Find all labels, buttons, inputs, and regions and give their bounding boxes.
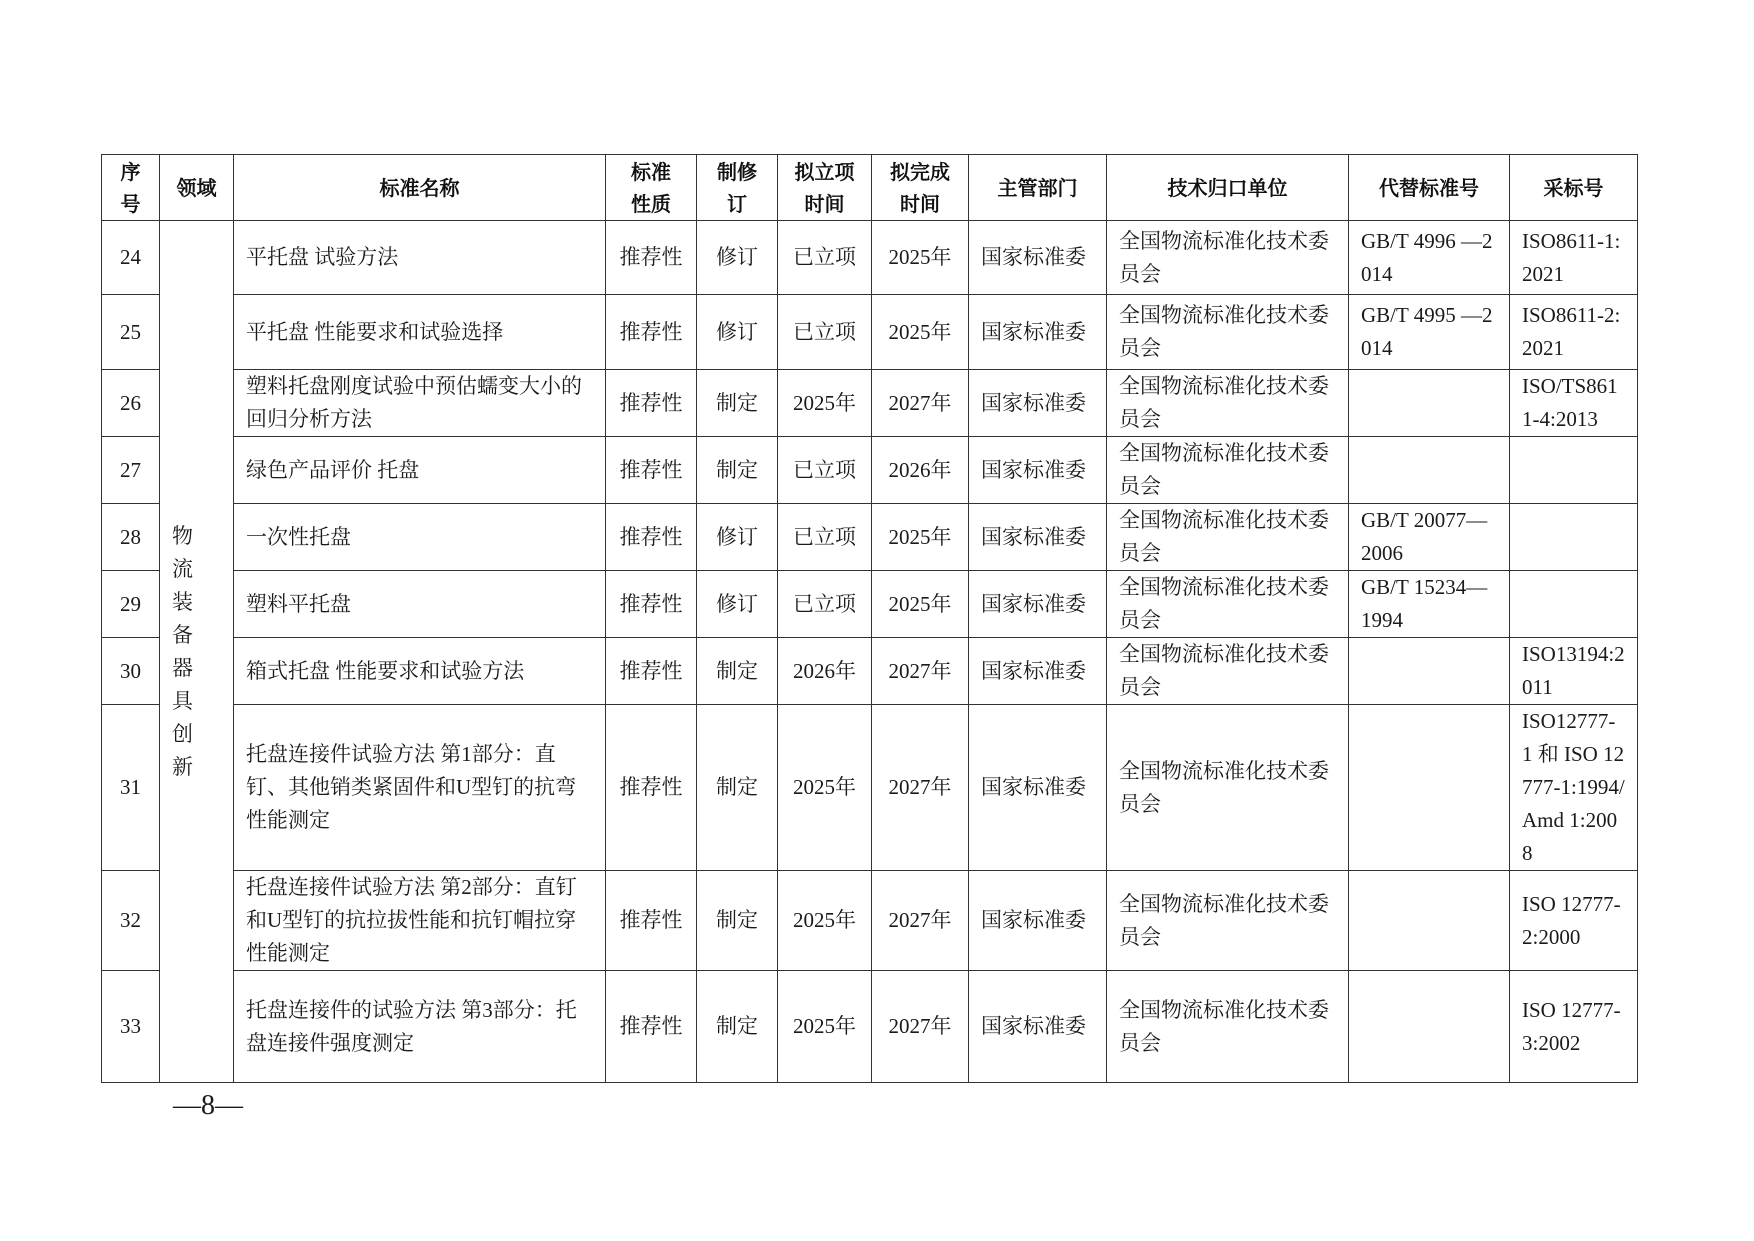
adopted-standard: ISO 12777-3:2002 [1510, 971, 1638, 1083]
replaced-standard [1349, 437, 1510, 504]
finish-time: 2027年 [872, 638, 969, 705]
standard-name: 箱式托盘 性能要求和试验方法 [234, 638, 606, 705]
revision-type: 制定 [697, 370, 778, 437]
adopted-standard: ISO8611-1:2021 [1510, 221, 1638, 295]
table-row: 30箱式托盘 性能要求和试验方法推荐性制定2026年2027年国家标准委全国物流… [102, 638, 1638, 705]
technical-unit: 全国物流标准化技术委员会 [1107, 504, 1349, 571]
start-time: 2026年 [778, 638, 872, 705]
standard-name: 平托盘 性能要求和试验选择 [234, 295, 606, 370]
adopted-standard: ISO 12777-2:2000 [1510, 871, 1638, 971]
technical-unit: 全国物流标准化技术委员会 [1107, 295, 1349, 370]
table-row: 28一次性托盘推荐性修订已立项2025年国家标准委全国物流标准化技术委员会GB/… [102, 504, 1638, 571]
start-time: 已立项 [778, 437, 872, 504]
revision-type: 制定 [697, 971, 778, 1083]
standard-name: 托盘连接件试验方法 第2部分：直钉和U型钉的抗拉拔性能和抗钉帽拉穿性能测定 [234, 871, 606, 971]
revision-type: 修订 [697, 571, 778, 638]
adopted-standard [1510, 571, 1638, 638]
adopted-standard [1510, 504, 1638, 571]
standard-name: 一次性托盘 [234, 504, 606, 571]
row-number: 28 [102, 504, 160, 571]
adopted-standard: ISO12777-1 和 ISO 12777-1:1994/Amd 1:2008 [1510, 705, 1638, 871]
start-time: 已立项 [778, 221, 872, 295]
replaced-standard: GB/T 15234—1994 [1349, 571, 1510, 638]
table-row: 33托盘连接件的试验方法 第3部分：托盘连接件强度测定推荐性制定2025年202… [102, 971, 1638, 1083]
finish-time: 2026年 [872, 437, 969, 504]
department: 国家标准委 [969, 221, 1107, 295]
standard-nature: 推荐性 [606, 638, 697, 705]
table-row: 26塑料托盘刚度试验中预估蠕变大小的回归分析方法推荐性制定2025年2027年国… [102, 370, 1638, 437]
table-row: 25平托盘 性能要求和试验选择推荐性修订已立项2025年国家标准委全国物流标准化… [102, 295, 1638, 370]
finish-time: 2027年 [872, 871, 969, 971]
finish-time: 2027年 [872, 370, 969, 437]
start-time: 2025年 [778, 871, 872, 971]
finish-time: 2025年 [872, 221, 969, 295]
department: 国家标准委 [969, 504, 1107, 571]
replaced-standard [1349, 971, 1510, 1083]
department: 国家标准委 [969, 871, 1107, 971]
row-number: 24 [102, 221, 160, 295]
standard-nature: 推荐性 [606, 221, 697, 295]
department: 国家标准委 [969, 295, 1107, 370]
page-number: —8— [173, 1090, 243, 1122]
start-time: 已立项 [778, 504, 872, 571]
table-row: 32托盘连接件试验方法 第2部分：直钉和U型钉的抗拉拔性能和抗钉帽拉穿性能测定推… [102, 871, 1638, 971]
department: 国家标准委 [969, 971, 1107, 1083]
standard-nature: 推荐性 [606, 571, 697, 638]
standard-name: 塑料托盘刚度试验中预估蠕变大小的回归分析方法 [234, 370, 606, 437]
revision-type: 制定 [697, 638, 778, 705]
finish-time: 2027年 [872, 705, 969, 871]
row-number: 26 [102, 370, 160, 437]
start-time: 2025年 [778, 370, 872, 437]
finish-time: 2025年 [872, 504, 969, 571]
header-adopt: 采标号 [1510, 155, 1638, 221]
department: 国家标准委 [969, 638, 1107, 705]
standard-nature: 推荐性 [606, 871, 697, 971]
row-number: 29 [102, 571, 160, 638]
department: 国家标准委 [969, 437, 1107, 504]
technical-unit: 全国物流标准化技术委员会 [1107, 437, 1349, 504]
start-time: 2025年 [778, 971, 872, 1083]
technical-unit: 全国物流标准化技术委员会 [1107, 971, 1349, 1083]
revision-type: 修订 [697, 295, 778, 370]
revision-type: 修订 [697, 504, 778, 571]
header-revise: 制修订 [697, 155, 778, 221]
standard-name: 托盘连接件的试验方法 第3部分：托盘连接件强度测定 [234, 971, 606, 1083]
revision-type: 修订 [697, 221, 778, 295]
technical-unit: 全国物流标准化技术委员会 [1107, 871, 1349, 971]
header-row: 序号 领域 标准名称 标准性质 制修订 拟立项时间 拟完成时间 主管部门 技术归… [102, 155, 1638, 221]
header-replaces: 代替标准号 [1349, 155, 1510, 221]
row-number: 27 [102, 437, 160, 504]
start-time: 2025年 [778, 705, 872, 871]
department: 国家标准委 [969, 705, 1107, 871]
finish-time: 2025年 [872, 571, 969, 638]
standard-nature: 推荐性 [606, 437, 697, 504]
row-number: 25 [102, 295, 160, 370]
standard-name: 托盘连接件试验方法 第1部分：直钉、其他销类紧固件和U型钉的抗弯性能测定 [234, 705, 606, 871]
row-number: 30 [102, 638, 160, 705]
replaced-standard [1349, 370, 1510, 437]
standard-name: 平托盘 试验方法 [234, 221, 606, 295]
replaced-standard: GB/T 20077—2006 [1349, 504, 1510, 571]
domain-cell: 物流装备器具创新 [160, 221, 234, 1083]
technical-unit: 全国物流标准化技术委员会 [1107, 221, 1349, 295]
revision-type: 制定 [697, 437, 778, 504]
standard-nature: 推荐性 [606, 504, 697, 571]
replaced-standard: GB/T 4995 —2014 [1349, 295, 1510, 370]
technical-unit: 全国物流标准化技术委员会 [1107, 571, 1349, 638]
standard-nature: 推荐性 [606, 370, 697, 437]
adopted-standard: ISO13194:2011 [1510, 638, 1638, 705]
adopted-standard: ISO8611-2:2021 [1510, 295, 1638, 370]
adopted-standard: ISO/TS8611-4:2013 [1510, 370, 1638, 437]
technical-unit: 全国物流标准化技术委员会 [1107, 705, 1349, 871]
revision-type: 制定 [697, 705, 778, 871]
finish-time: 2025年 [872, 295, 969, 370]
header-domain: 领域 [160, 155, 234, 221]
table-row: 27绿色产品评价 托盘推荐性制定已立项2026年国家标准委全国物流标准化技术委员… [102, 437, 1638, 504]
header-start: 拟立项时间 [778, 155, 872, 221]
department: 国家标准委 [969, 571, 1107, 638]
technical-unit: 全国物流标准化技术委员会 [1107, 370, 1349, 437]
row-number: 32 [102, 871, 160, 971]
standards-table: 序号 领域 标准名称 标准性质 制修订 拟立项时间 拟完成时间 主管部门 技术归… [101, 154, 1638, 1083]
adopted-standard [1510, 437, 1638, 504]
replaced-standard [1349, 705, 1510, 871]
revision-type: 制定 [697, 871, 778, 971]
standard-nature: 推荐性 [606, 971, 697, 1083]
standard-name: 绿色产品评价 托盘 [234, 437, 606, 504]
header-dept: 主管部门 [969, 155, 1107, 221]
header-name: 标准名称 [234, 155, 606, 221]
finish-time: 2027年 [872, 971, 969, 1083]
header-unit: 技术归口单位 [1107, 155, 1349, 221]
row-number: 31 [102, 705, 160, 871]
standard-name: 塑料平托盘 [234, 571, 606, 638]
header-nature: 标准性质 [606, 155, 697, 221]
technical-unit: 全国物流标准化技术委员会 [1107, 638, 1349, 705]
row-number: 33 [102, 971, 160, 1083]
replaced-standard: GB/T 4996 —2014 [1349, 221, 1510, 295]
header-seq: 序号 [102, 155, 160, 221]
table-row: 24物流装备器具创新平托盘 试验方法推荐性修订已立项2025年国家标准委全国物流… [102, 221, 1638, 295]
replaced-standard [1349, 638, 1510, 705]
table-row: 31托盘连接件试验方法 第1部分：直钉、其他销类紧固件和U型钉的抗弯性能测定推荐… [102, 705, 1638, 871]
table-row: 29塑料平托盘推荐性修订已立项2025年国家标准委全国物流标准化技术委员会GB/… [102, 571, 1638, 638]
start-time: 已立项 [778, 295, 872, 370]
start-time: 已立项 [778, 571, 872, 638]
header-finish: 拟完成时间 [872, 155, 969, 221]
replaced-standard [1349, 871, 1510, 971]
standard-nature: 推荐性 [606, 705, 697, 871]
department: 国家标准委 [969, 370, 1107, 437]
standard-nature: 推荐性 [606, 295, 697, 370]
